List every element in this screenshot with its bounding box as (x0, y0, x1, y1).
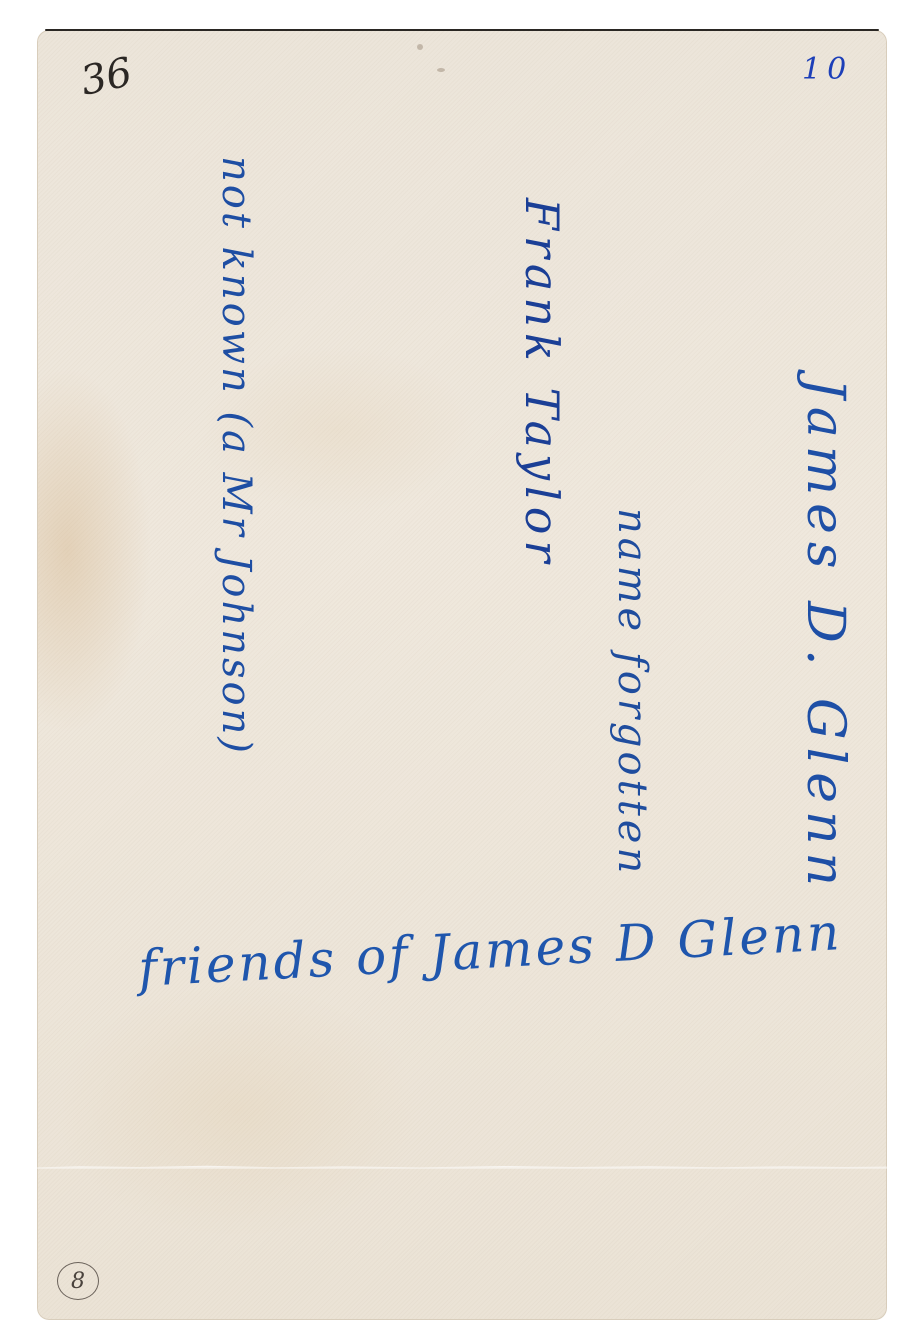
circled-number-text: 8 (71, 1269, 85, 1294)
smudge-mark (417, 44, 423, 50)
corner-pencil-number: 36 (77, 49, 136, 105)
name-frank-taylor: Frank Taylor (515, 198, 569, 568)
caption-friends-of-james-d-glenn: friends of James D Glenn (137, 903, 844, 998)
corner-ink-number: 10 (802, 52, 852, 87)
smudge-mark (437, 68, 445, 72)
card-top-edge (45, 29, 879, 31)
circled-number: 8 (57, 1262, 99, 1300)
mount-seam-line (37, 1165, 887, 1169)
cabinet-card-back: 36 10 James D. Glenn name forgotten Fran… (37, 30, 887, 1320)
name-not-known-mr-johnson: not known (a Mr Johnson) (213, 156, 259, 756)
name-forgotten: name forgotten (609, 508, 655, 877)
name-james-d-glenn: James D. Glenn (795, 378, 855, 894)
